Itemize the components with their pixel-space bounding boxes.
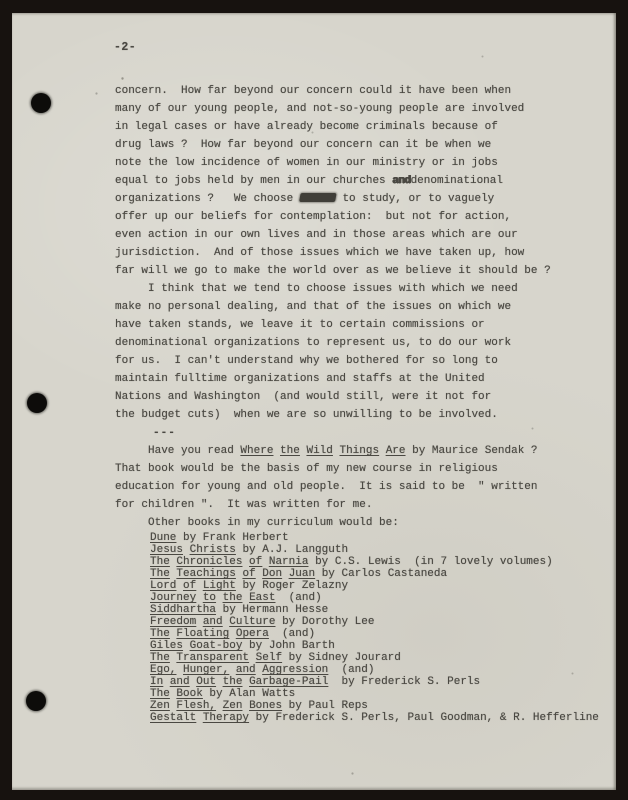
book-title-word: Narnia — [269, 556, 309, 568]
text-run: denominational — [411, 175, 503, 187]
book-title-word: Journey — [150, 592, 196, 604]
text-line: organizations ? We choose to study, or t… — [115, 190, 620, 208]
text-line: Nations and Washington (and would still,… — [115, 388, 620, 406]
text-run: for us. I can't understand why we bother… — [115, 355, 498, 367]
text-run: in legal cases or have already become cr… — [115, 121, 498, 133]
text-run: to study, or to vaguely — [336, 193, 494, 205]
text-run: by C.S. Lewis (in 7 lovely volumes) — [308, 556, 552, 568]
book-title-word: Freedom — [150, 616, 196, 628]
text-run: by Hermann Hesse — [216, 604, 328, 616]
text-line: offer up our beliefs for contemplation: … — [115, 208, 620, 226]
book-list-item: Ego, Hunger, and Aggression (and) — [150, 664, 620, 676]
text-run: by Paul Reps — [282, 700, 368, 712]
book-title-word: Garbage-Pail — [249, 676, 328, 688]
book-list-item: Dune by Frank Herbert — [150, 532, 620, 544]
book-title-word: Lord — [150, 580, 176, 592]
book-title-word: Zen — [223, 700, 243, 712]
text-line: many of our young people, and not-so-you… — [115, 100, 620, 118]
text-line: education for young and old people. It i… — [115, 478, 620, 496]
text-line: in legal cases or have already become cr… — [115, 118, 620, 136]
book-title-word: Therapy — [203, 712, 249, 724]
book-title-word: and — [236, 664, 256, 676]
text-run: the budget cuts) when we are so unwillin… — [115, 409, 498, 421]
text-run: --- — [115, 427, 176, 439]
book-title-word: Dune — [150, 532, 176, 544]
book-title-word: Light — [203, 580, 236, 592]
book-title-word: of — [249, 556, 262, 568]
text-run: concern. How far beyond our concern coul… — [115, 85, 511, 97]
scanned-letter-page: { "scan": { "background_color": "#17120f… — [0, 0, 628, 800]
book-title-word: the — [280, 445, 300, 457]
book-title-word: the — [223, 592, 243, 604]
text-run: by A.J. Langguth — [236, 544, 348, 556]
text-run: by Maurice Sendak ? — [406, 445, 538, 457]
text-line: the budget cuts) when we are so unwillin… — [115, 406, 620, 424]
text-run: (and) — [275, 592, 321, 604]
text-run: by Dorothy Lee — [275, 616, 374, 628]
text-line: Other books in my curriculum would be: — [115, 514, 620, 532]
book-title-word: Bones — [249, 700, 282, 712]
text-run: Have you read — [115, 445, 240, 457]
text-run: offer up our beliefs for contemplation: … — [115, 211, 511, 223]
book-title-word: Are — [386, 445, 406, 457]
text-run: by Frederick S. Perls, Paul Goodman, & R… — [249, 712, 599, 724]
paragraph-block: Have you read Where the Wild Things Are … — [115, 442, 620, 532]
book-title-word: Self — [256, 652, 282, 664]
book-list-item: The Transparent Self by Sidney Jourard — [150, 652, 620, 664]
text-run: maintain fulltime organizations and staf… — [115, 373, 485, 385]
text-line: --- — [115, 424, 620, 442]
book-title-word: Things — [339, 445, 379, 457]
text-run: by Alan Watts — [203, 688, 295, 700]
book-title-word: The — [150, 568, 170, 580]
page-number: -2- — [114, 41, 136, 54]
text-run: (and) — [328, 664, 374, 676]
book-title-word: Wild — [306, 445, 332, 457]
book-list-item: Zen Flesh, Zen Bones by Paul Reps — [150, 700, 620, 712]
book-list-item: Giles Goat-boy by John Barth — [150, 640, 620, 652]
book-title-word: The — [150, 556, 170, 568]
text-line: for children ". It was written for me. — [115, 496, 620, 514]
redacted-word — [299, 193, 337, 202]
text-line: drug laws ? How far beyond our concern c… — [115, 136, 620, 154]
book-title-word: Transparent — [176, 652, 249, 664]
book-title-word: Hunger, — [183, 664, 229, 676]
text-run: by Frederick S. Perls — [328, 676, 480, 688]
text-line: jurisdiction. And of those issues which … — [115, 244, 620, 262]
book-list-item: Jesus Christs by A.J. Langguth — [150, 544, 620, 556]
text-line: note the low incidence of women in our m… — [115, 154, 620, 172]
text-run: many of our young people, and not-so-you… — [115, 103, 524, 115]
text-run: by John Barth — [242, 640, 334, 652]
text-run: by Roger Zelazny — [236, 580, 348, 592]
text-line: concern. How far beyond our concern coul… — [115, 82, 620, 100]
text-line: far will we go to make the world over as… — [115, 262, 620, 280]
text-run: note the low incidence of women in our m… — [115, 157, 498, 169]
book-title-word: and — [170, 676, 190, 688]
text-run: equal to jobs held by men in our churche… — [115, 175, 392, 187]
book-title-word: Goat-boy — [190, 640, 243, 652]
text-run: even action in our own lives and in thos… — [115, 229, 518, 241]
text-run: organizations ? We choose — [115, 193, 300, 205]
text-run: have taken stands, we leave it to certai… — [115, 319, 485, 331]
text-line: Have you read Where the Wild Things Are … — [115, 442, 620, 460]
text-run: (and) — [269, 628, 315, 640]
text-run: far will we go to make the world over as… — [115, 265, 551, 277]
book-title-word: Zen — [150, 700, 170, 712]
book-title-word: Christs — [190, 544, 236, 556]
book-title-word: Opera — [236, 628, 269, 640]
book-list-item: Siddhartha by Hermann Hesse — [150, 604, 620, 616]
text-line: even action in our own lives and in thos… — [115, 226, 620, 244]
text-column: concern. How far beyond our concern coul… — [115, 82, 620, 724]
book-title-word: Floating — [176, 628, 229, 640]
text-run: make no personal dealing, and that of th… — [115, 301, 511, 313]
book-title-word: to — [203, 592, 216, 604]
book-title-word: of — [242, 568, 255, 580]
divider-block: --- — [115, 424, 620, 442]
text-run: denominational organizations to represen… — [115, 337, 511, 349]
book-title-word: East — [249, 592, 275, 604]
book-list-item: Journey to the East (and) — [150, 592, 620, 604]
text-run: by Sidney Jourard — [282, 652, 401, 664]
text-run: I think that we tend to choose issues wi… — [115, 283, 518, 295]
text-line: maintain fulltime organizations and staf… — [115, 370, 620, 388]
book-list-item: Gestalt Therapy by Frederick S. Perls, P… — [150, 712, 620, 724]
text-line: denominational organizations to represen… — [115, 334, 620, 352]
hole-punch — [27, 393, 47, 413]
book-title-word: Flesh, — [176, 700, 216, 712]
book-list-item: The Teachings of Don Juan by Carlos Cast… — [150, 568, 620, 580]
book-list-item: In and Out the Garbage-Pail by Frederick… — [150, 676, 620, 688]
book-title-word: Chronicles — [176, 556, 242, 568]
book-title-word: Juan — [289, 568, 315, 580]
book-title-word: The — [150, 688, 170, 700]
book-title-word: The — [150, 652, 170, 664]
book-title-word: Where — [240, 445, 273, 457]
book-title-word: In — [150, 676, 163, 688]
book-title-word: Don — [262, 568, 282, 580]
text-line: for us. I can't understand why we bother… — [115, 352, 620, 370]
book-title-word: Ego, — [150, 664, 176, 676]
text-line: have taken stands, we leave it to certai… — [115, 316, 620, 334]
text-run: by Frank Herbert — [176, 532, 288, 544]
book-title-word: Jesus — [150, 544, 183, 556]
text-line: That book would be the basis of my new c… — [115, 460, 620, 478]
book-list-item: The Book by Alan Watts — [150, 688, 620, 700]
book-title-word: Culture — [229, 616, 275, 628]
hole-punch — [26, 691, 46, 711]
book-title-word: and — [203, 616, 223, 628]
book-title-word: the — [223, 676, 243, 688]
book-title-word: Siddhartha — [150, 604, 216, 616]
book-list-item: Lord of Light by Roger Zelazny — [150, 580, 620, 592]
book-title-word: Giles — [150, 640, 183, 652]
book-list-item: The Chronicles of Narnia by C.S. Lewis (… — [150, 556, 620, 568]
book-list-item: The Floating Opera (and) — [150, 628, 620, 640]
paragraph-block: concern. How far beyond our concern coul… — [115, 82, 620, 280]
book-title-word: of — [183, 580, 196, 592]
text-run: Nations and Washington (and would still,… — [115, 391, 491, 403]
text-run: education for young and old people. It i… — [115, 481, 537, 493]
book-title-word: Book — [176, 688, 202, 700]
text-line: make no personal dealing, and that of th… — [115, 298, 620, 316]
text-run: drug laws ? How far beyond our concern c… — [115, 139, 491, 151]
paragraph-block: I think that we tend to choose issues wi… — [115, 280, 620, 424]
text-run: Other books in my curriculum would be: — [115, 517, 399, 529]
book-list-item: Freedom and Culture by Dorothy Lee — [150, 616, 620, 628]
dust-specks — [12, 13, 13, 14]
book-title-word: Teachings — [176, 568, 235, 580]
text-run: jurisdiction. And of those issues which … — [115, 247, 524, 259]
text-run: That book would be the basis of my new c… — [115, 463, 498, 475]
book-list-block: Dune by Frank HerbertJesus Christs by A.… — [115, 532, 620, 724]
hole-punch — [31, 93, 51, 113]
text-run: for children ". It was written for me. — [115, 499, 372, 511]
book-title-word: Gestalt — [150, 712, 196, 724]
text-line: equal to jobs held by men in our churche… — [115, 172, 620, 190]
text-run: by Carlos Castaneda — [315, 568, 447, 580]
book-title-word: Aggression — [262, 664, 328, 676]
overtyped-word: and — [392, 175, 410, 187]
book-title-word: The — [150, 628, 170, 640]
book-title-word: Out — [196, 676, 216, 688]
text-line: I think that we tend to choose issues wi… — [115, 280, 620, 298]
